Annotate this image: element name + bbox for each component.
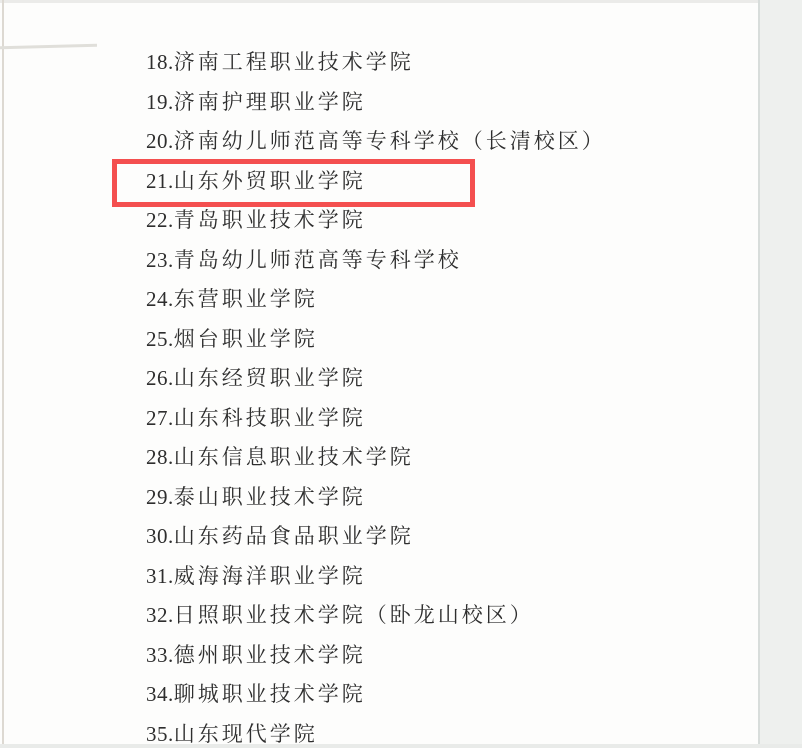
item-number: 32. [146, 603, 174, 627]
item-name: 青岛职业技术学院 [174, 208, 366, 232]
item-name: 德州职业技术学院 [174, 643, 366, 667]
list-item: 26.山东经贸职业学院 [146, 359, 746, 399]
item-name: 济南工程职业技术学院 [174, 50, 414, 74]
page-left-edge [2, 0, 4, 748]
item-number: 18. [146, 50, 174, 74]
list-item: 21.山东外贸职业学院 [146, 162, 746, 202]
item-name: 山东现代学院 [174, 722, 318, 746]
item-name: 泰山职业技术学院 [174, 485, 366, 509]
page-top-edge [0, 0, 802, 3]
item-name: 日照职业技术学院（卧龙山校区） [174, 603, 534, 627]
item-number: 29. [146, 485, 174, 509]
item-name: 济南幼儿师范高等专科学校（长清校区） [174, 129, 606, 153]
item-number: 19. [146, 90, 174, 114]
item-number: 21. [146, 169, 174, 193]
list-item: 35.山东现代学院 [146, 715, 746, 748]
item-number: 27. [146, 406, 174, 430]
list-item: 32.日照职业技术学院（卧龙山校区） [146, 596, 746, 636]
item-name: 山东科技职业学院 [174, 406, 366, 430]
list-item: 28.山东信息职业技术学院 [146, 438, 746, 478]
list-item: 31.威海海洋职业学院 [146, 557, 746, 597]
item-number: 24. [146, 287, 174, 311]
page-right-background [760, 0, 802, 748]
item-number: 31. [146, 564, 174, 588]
item-number: 22. [146, 208, 174, 232]
item-number: 25. [146, 327, 174, 351]
item-number: 35. [146, 722, 174, 746]
item-number: 23. [146, 248, 174, 272]
list-item: 29.泰山职业技术学院 [146, 478, 746, 518]
item-number: 20. [146, 129, 174, 153]
item-name: 济南护理职业学院 [174, 90, 366, 114]
item-number: 33. [146, 643, 174, 667]
item-name: 威海海洋职业学院 [174, 564, 366, 588]
list-item: 33.德州职业技术学院 [146, 636, 746, 676]
list-item: 34.聊城职业技术学院 [146, 675, 746, 715]
list-item: 22.青岛职业技术学院 [146, 201, 746, 241]
list-item: 19.济南护理职业学院 [146, 83, 746, 123]
item-name: 青岛幼儿师范高等专科学校 [174, 248, 462, 272]
list-item: 30.山东药品食品职业学院 [146, 517, 746, 557]
list-item: 24.东营职业学院 [146, 280, 746, 320]
list-item: 20.济南幼儿师范高等专科学校（长清校区） [146, 122, 746, 162]
item-number: 34. [146, 682, 174, 706]
college-list: 18.济南工程职业技术学院 19.济南护理职业学院 20.济南幼儿师范高等专科学… [146, 43, 746, 748]
page-right-edge [758, 0, 760, 748]
item-number: 30. [146, 524, 174, 548]
item-name: 山东外贸职业学院 [174, 169, 366, 193]
item-name: 山东药品食品职业学院 [174, 524, 414, 548]
item-name: 山东信息职业技术学院 [174, 445, 414, 469]
item-name: 山东经贸职业学院 [174, 366, 366, 390]
item-name: 聊城职业技术学院 [174, 682, 366, 706]
list-item: 18.济南工程职业技术学院 [146, 43, 746, 83]
list-item: 23.青岛幼儿师范高等专科学校 [146, 241, 746, 281]
item-number: 28. [146, 445, 174, 469]
item-number: 26. [146, 366, 174, 390]
list-item: 25.烟台职业学院 [146, 320, 746, 360]
item-name: 烟台职业学院 [174, 327, 318, 351]
page-corner-smudge [0, 44, 97, 50]
item-name: 东营职业学院 [174, 287, 318, 311]
list-item: 27.山东科技职业学院 [146, 399, 746, 439]
